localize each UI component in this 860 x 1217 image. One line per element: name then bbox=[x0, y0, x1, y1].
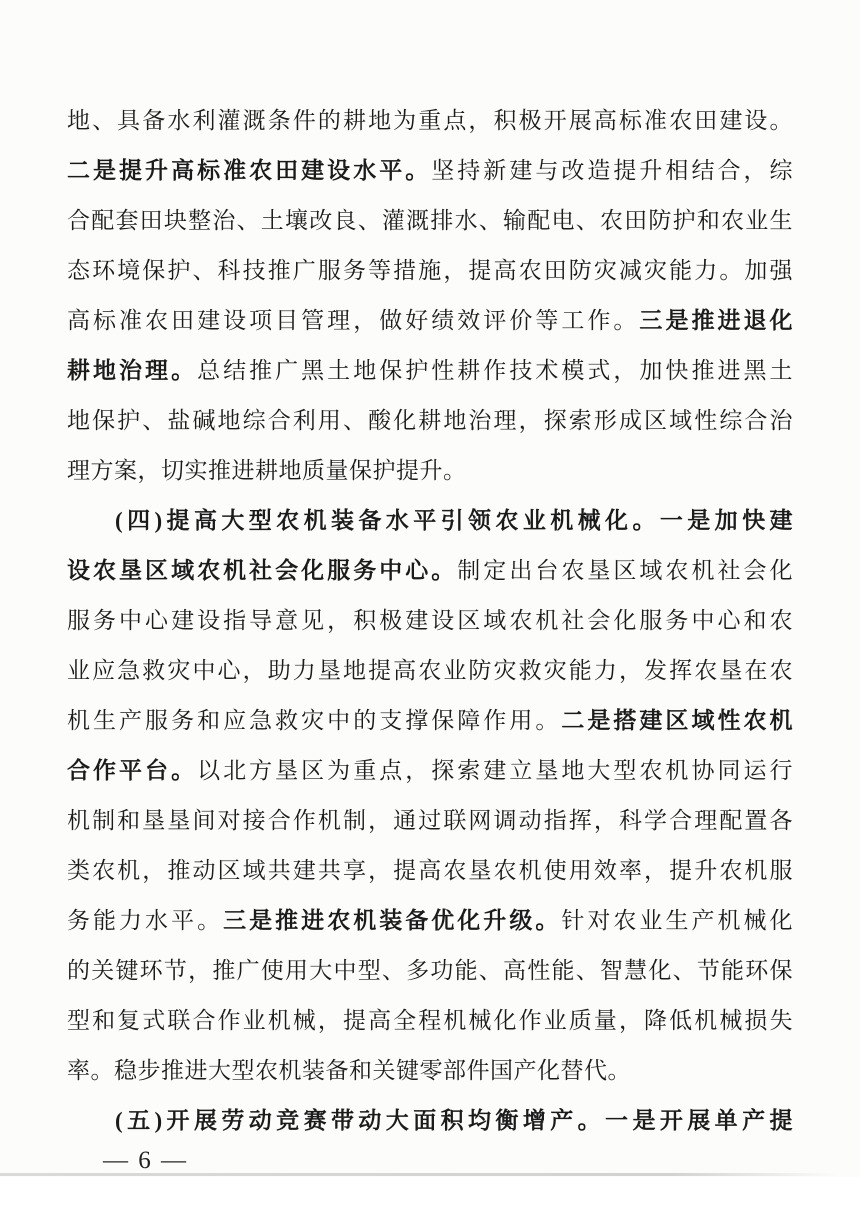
text-line: 二是提升高标准农田建设水平。坚持新建与改造提升相结合，综 bbox=[67, 146, 793, 196]
body-text: 的关键环节，推广使用大中型、多功能、高性能、智慧化、节能环保 bbox=[67, 958, 793, 983]
text-line: 机生产服务和应急救灾中的支撑保障作用。二是搭建区域性农机 bbox=[67, 696, 793, 746]
emphasis-text: 合作平台。 bbox=[67, 758, 197, 783]
document-text-block: 地、具备水利灌溉条件的耕地为重点，积极开展高标准农田建设。二是提升高标准农田建设… bbox=[67, 96, 793, 1146]
text-line: (四)提高大型农机装备水平引领农业机械化。一是加快建 bbox=[67, 496, 793, 546]
body-text: 务能力水平。 bbox=[67, 908, 223, 933]
emphasis-text: (四)提高大型农机装备水平引领农业机械化。一是加快建 bbox=[115, 508, 793, 533]
body-text: 机制和垦垦间对接合作机制，通过联网调动指挥，科学合理配置各 bbox=[67, 808, 793, 833]
emphasis-text: 二是搭建区域性农机 bbox=[561, 708, 793, 733]
body-text: 针对农业生产机械化 bbox=[561, 908, 793, 933]
body-text: 制定出台农垦区域农机社会化 bbox=[457, 558, 793, 583]
text-line: 率。稳步推进大型农机装备和关键零部件国产化替代。 bbox=[67, 1046, 793, 1096]
body-text: 业应急救灾中心，助力垦地提高农业防灾救灾能力，发挥农垦在农 bbox=[67, 658, 793, 683]
text-line: 高标准农田建设项目管理，做好绩效评价等工作。三是推进退化 bbox=[67, 296, 793, 346]
emphasis-text: 二是提升高标准农田建设水平。 bbox=[67, 158, 431, 183]
body-text: 型和复式联合作业机械，提高全程机械化作业质量，降低机械损失 bbox=[67, 1008, 793, 1033]
body-text: 高标准农田建设项目管理，做好绩效评价等工作。 bbox=[67, 308, 639, 333]
text-line: 合作平台。以北方垦区为重点，探索建立垦地大型农机协同运行 bbox=[67, 746, 793, 796]
emphasis-text: 三是推进农机装备优化升级。 bbox=[223, 908, 561, 933]
text-line: 务能力水平。三是推进农机装备优化升级。针对农业生产机械化 bbox=[67, 896, 793, 946]
text-line: 服务中心建设指导意见，积极建设区域农机社会化服务中心和农 bbox=[67, 596, 793, 646]
body-text: 合配套田块整治、土壤改良、灌溉排水、输配电、农田防护和农业生 bbox=[67, 208, 793, 233]
text-line: 类农机，推动区域共建共享，提高农垦农机使用效率，提升农机服 bbox=[67, 846, 793, 896]
body-text: 地保护、盐碱地综合利用、酸化耕地治理，探索形成区域性综合治 bbox=[67, 408, 793, 433]
text-line: 地保护、盐碱地综合利用、酸化耕地治理，探索形成区域性综合治 bbox=[67, 396, 793, 446]
text-line: 机制和垦垦间对接合作机制，通过联网调动指挥，科学合理配置各 bbox=[67, 796, 793, 846]
text-line: 理方案，切实推进耕地质量保护提升。 bbox=[67, 446, 793, 496]
emphasis-text: (五)开展劳动竞赛带动大面积均衡增产。一是开展单产提 bbox=[115, 1108, 793, 1133]
body-text: 服务中心建设指导意见，积极建设区域农机社会化服务中心和农 bbox=[67, 608, 793, 633]
body-text: 类农机，推动区域共建共享，提高农垦农机使用效率，提升农机服 bbox=[67, 858, 793, 883]
text-line: 合配套田块整治、土壤改良、灌溉排水、输配电、农田防护和农业生 bbox=[67, 196, 793, 246]
scanned-document-page: { "page": { "number_label": "— 6 —", "ba… bbox=[0, 0, 860, 1217]
emphasis-text: 设农垦区域农机社会化服务中心。 bbox=[67, 558, 457, 583]
body-text: 以北方垦区为重点，探索建立垦地大型农机协同运行 bbox=[197, 758, 793, 783]
text-line: 态环境保护、科技推广服务等措施，提高农田防灾减灾能力。加强 bbox=[67, 246, 793, 296]
page-bottom-edge bbox=[0, 1173, 838, 1176]
text-line: (五)开展劳动竞赛带动大面积均衡增产。一是开展单产提 bbox=[67, 1096, 793, 1146]
emphasis-text: 耕地治理。 bbox=[67, 358, 197, 383]
body-text: 总结推广黑土地保护性耕作技术模式，加快推进黑土 bbox=[197, 358, 793, 383]
body-text: 机生产服务和应急救灾中的支撑保障作用。 bbox=[67, 708, 561, 733]
body-text: 率。稳步推进大型农机装备和关键零部件国产化替代。 bbox=[67, 1058, 631, 1083]
body-text: 态环境保护、科技推广服务等措施，提高农田防灾减灾能力。加强 bbox=[67, 258, 793, 283]
body-text: 地、具备水利灌溉条件的耕地为重点，积极开展高标准农田建设。 bbox=[67, 108, 793, 133]
text-line: 的关键环节，推广使用大中型、多功能、高性能、智慧化、节能环保 bbox=[67, 946, 793, 996]
body-text: 理方案，切实推进耕地质量保护提升。 bbox=[67, 458, 467, 483]
page-background: 地、具备水利灌溉条件的耕地为重点，积极开展高标准农田建设。二是提升高标准农田建设… bbox=[0, 0, 860, 1177]
text-line: 设农垦区域农机社会化服务中心。制定出台农垦区域农机社会化 bbox=[67, 546, 793, 596]
page-number: — 6 — bbox=[103, 1146, 188, 1176]
text-line: 业应急救灾中心，助力垦地提高农业防灾救灾能力，发挥农垦在农 bbox=[67, 646, 793, 696]
text-line: 地、具备水利灌溉条件的耕地为重点，积极开展高标准农田建设。 bbox=[67, 96, 793, 146]
text-line: 型和复式联合作业机械，提高全程机械化作业质量，降低机械损失 bbox=[67, 996, 793, 1046]
body-text: 坚持新建与改造提升相结合，综 bbox=[431, 158, 793, 183]
emphasis-text: 三是推进退化 bbox=[639, 308, 793, 333]
text-line: 耕地治理。总结推广黑土地保护性耕作技术模式，加快推进黑土 bbox=[67, 346, 793, 396]
